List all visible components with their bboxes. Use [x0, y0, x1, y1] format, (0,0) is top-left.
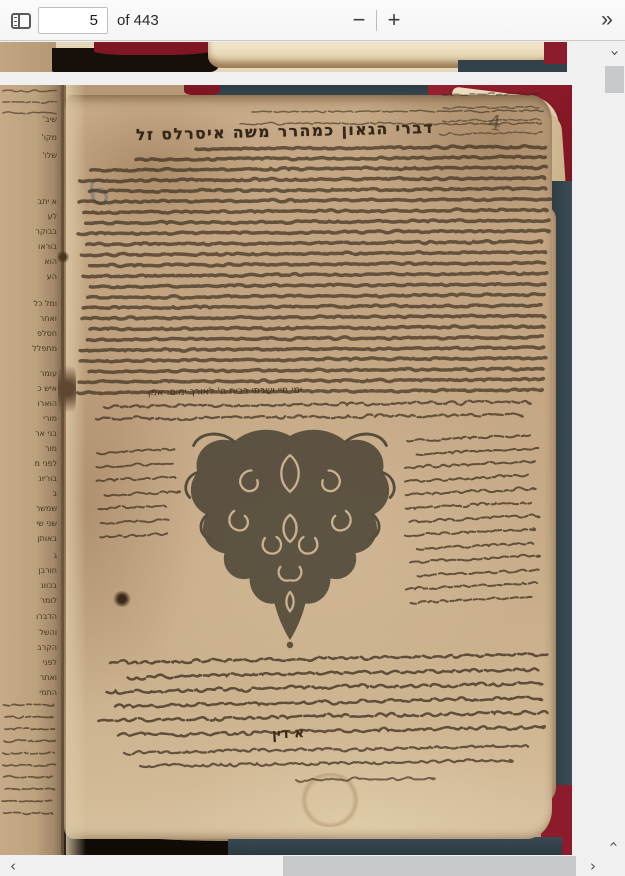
prev-page-red-binding [94, 42, 214, 55]
parchment-leaf [64, 95, 552, 839]
scroll-right-icon[interactable]: › [584, 857, 602, 875]
manuscript-page: שיב'מקו'שלו'א יתבלעבבוקרבוראוהואהעומל כל… [0, 85, 572, 855]
margin-fragment: בכוונ [0, 581, 57, 590]
margin-fragment: התמי [0, 688, 57, 697]
margin-fragment: מורי [0, 414, 57, 423]
margin-fragment: מתפלל [0, 344, 57, 353]
margin-fragment: ומל כל [0, 299, 57, 308]
din-label: א דין [272, 725, 305, 743]
sidebar-icon [11, 13, 31, 29]
margin-fragment: חסלפ [0, 329, 57, 338]
margin-fragment: הע [0, 272, 57, 281]
scroll-up-icon[interactable]: ‹ [605, 44, 623, 62]
horizontal-scrollbar-thumb[interactable] [283, 856, 576, 876]
prev-page-red-corner [544, 42, 567, 64]
margin-fragment: שני שי [0, 519, 57, 528]
previous-page-sliver [0, 42, 567, 72]
toggle-sidebar-button[interactable] [8, 8, 34, 33]
margin-fragment: הדברו [0, 612, 57, 621]
margin-fragment: הוארו [0, 399, 57, 408]
margin-fragment: לע [0, 212, 57, 221]
margin-fragment: איש כ [0, 384, 57, 393]
margin-fragment: חורבן [0, 566, 57, 575]
page-number-input[interactable] [38, 7, 108, 34]
margin-fragment: ב [0, 489, 57, 498]
margin-fragment: לפני [0, 658, 57, 667]
scrollbar-corner [604, 856, 625, 876]
margin-fragment: באותן [0, 534, 57, 543]
scroll-down-icon[interactable]: ‹ [605, 835, 623, 853]
vertical-scrollbar[interactable]: ‹ ‹ [604, 41, 625, 856]
margin-fragment: מור [0, 444, 57, 453]
margin-fragment: שמשר [0, 504, 57, 513]
margin-fragment: הקרב [0, 643, 57, 652]
margin-fragment: ואחר [0, 314, 57, 323]
margin-fragment: לפני מ [0, 459, 57, 468]
facing-page-margin-words: שיב'מקו'שלו'א יתבלעבבוקרבוראוהואהעומל כל… [0, 85, 60, 855]
pdf-toolbar: of 443 − + » [0, 0, 625, 41]
margin-fragment: בני אר [0, 429, 57, 438]
margin-fragment: בוריונ [0, 474, 57, 483]
prev-page-parchment [0, 42, 56, 72]
horizontal-scrollbar[interactable]: ‹ › [0, 856, 604, 876]
margin-fragment: בוראו [0, 242, 57, 251]
margin-fragment: מקו' [0, 133, 57, 142]
margin-fragment: הוא [0, 257, 57, 266]
scroll-left-icon[interactable]: ‹ [4, 857, 22, 875]
zoom-out-button[interactable]: − [344, 6, 374, 34]
margin-fragment: שלו' [0, 151, 57, 160]
secondary-toolbar-toggle-button[interactable]: » [591, 6, 621, 34]
vertical-scrollbar-thumb[interactable] [605, 66, 624, 93]
margin-fragment: א יתב [0, 197, 57, 206]
pdf-viewer-area: שיב'מקו'שלו'א יתבלעבבוקרבוראוהואהעומל כל… [0, 41, 625, 876]
margin-fragment: בבוקר [0, 227, 57, 236]
binding-teal-bottom [228, 837, 562, 855]
margin-fragment: עומר [0, 369, 57, 378]
margin-fragment: והשל [0, 628, 57, 637]
toolbar-divider [376, 10, 377, 31]
gutter-highlight [66, 85, 86, 855]
margin-fragment: שיב' [0, 115, 57, 124]
margin-fragment: ואתר [0, 673, 57, 682]
margin-fragment: ג [0, 551, 57, 560]
margin-fragment: לומר [0, 596, 57, 605]
page-count-label: of 443 [117, 12, 159, 29]
zoom-in-button[interactable]: + [379, 6, 409, 34]
